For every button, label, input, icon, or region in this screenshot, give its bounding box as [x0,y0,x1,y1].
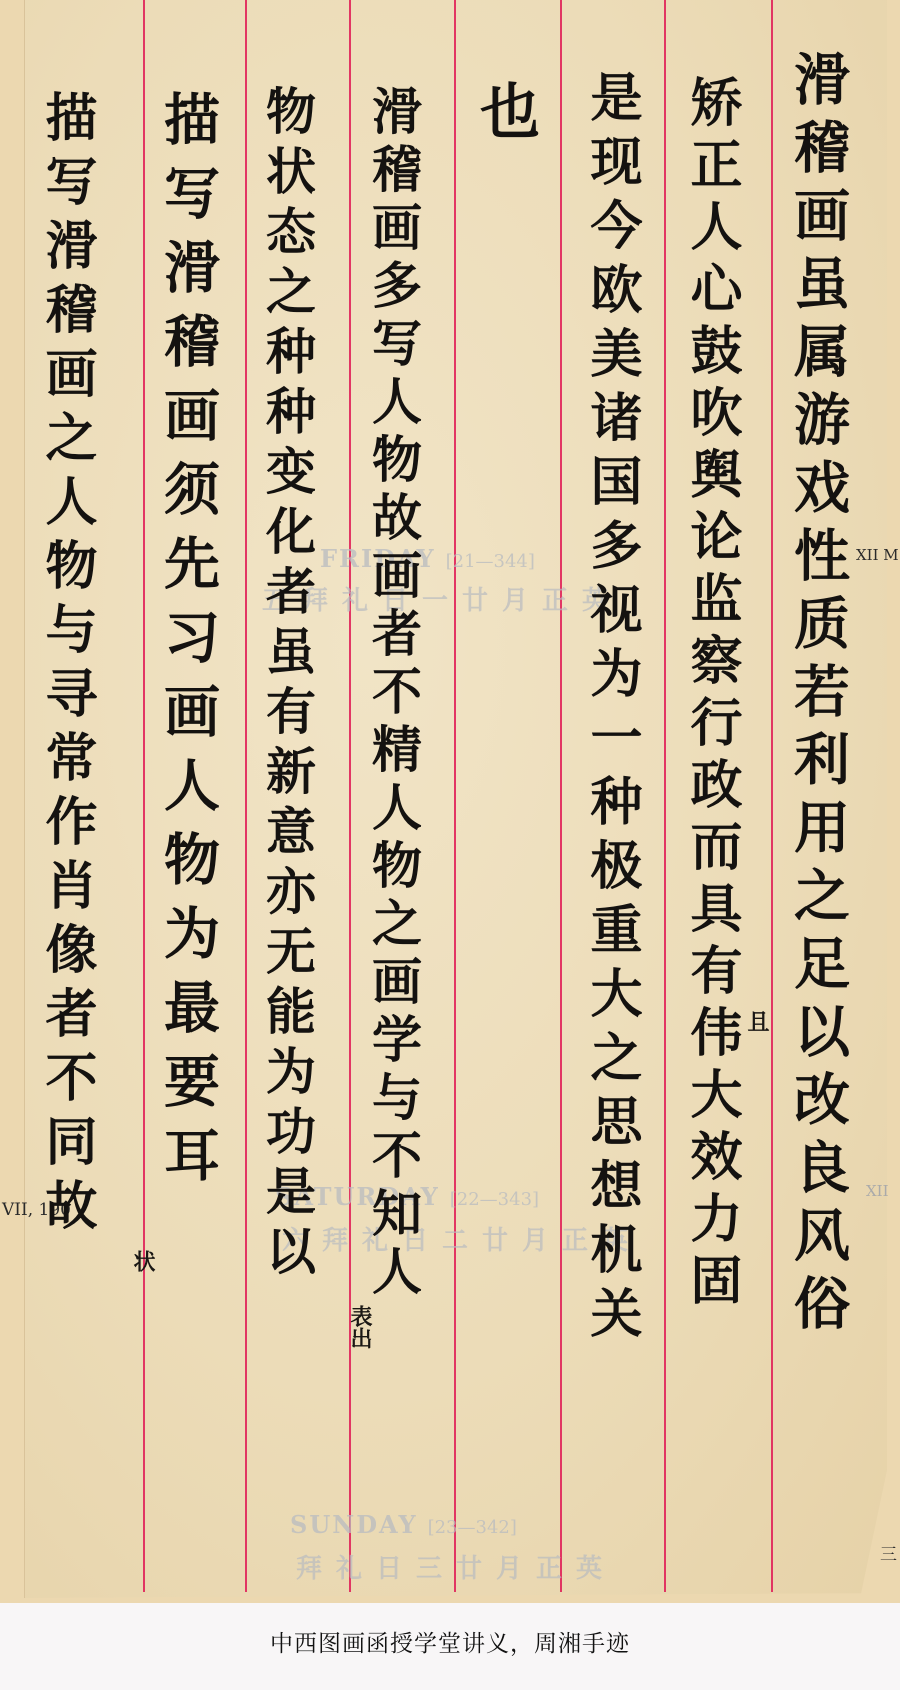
printed-day-sunday: SUNDAY[23—342] [290,1510,517,1539]
ruled-line [454,0,456,1592]
ruled-line [560,0,562,1592]
image-caption: 中西图画函授学堂讲义，周湘手迹 [0,1625,900,1658]
handwritten-column-4: 也 [475,80,535,152]
ruled-line [771,0,773,1592]
margin-mark-right-bottom: 三 [880,1540,897,1565]
printed-day-friday: FRIDAY[21—344] [320,544,535,573]
insertion-note: 状 [128,1250,159,1272]
margin-mark-right-top: XII M [856,546,899,564]
handwritten-column-8: 描写滑稽画之人物与寻常作肖像者不同故 [40,90,92,1242]
ruled-line [349,0,351,1592]
margin-mark-right-mid: XII [866,1182,889,1200]
handwritten-column-3: 是现今欧美诸国多视为一种极重大之思想机关 [585,70,637,1350]
ruled-line [143,0,145,1592]
ruled-line [245,0,247,1592]
insertion-note: 且 [742,1010,773,1032]
handwritten-column-6: 物状态之种种变化者虽有新意亦无能为功是以 [262,85,312,1285]
handwritten-column-7: 描写滑稽画须先习画人物为最要耳 [160,90,216,1200]
handwritten-column-2: 矫正人心鼓吹舆论监察行政而具有伟大效力固 [685,75,737,1315]
printed-chinese-date: 拜礼日三廿月正英 [296,1548,616,1585]
handwritten-column-5: 滑稽画多写人物故画者不精人物之画学与不知人 [368,85,418,1303]
ruled-line [664,0,666,1592]
insertion-note: 表出 [345,1305,376,1349]
handwritten-column-1: 滑稽画虽属游戏性质若利用之足以改良风俗 [790,50,846,1342]
